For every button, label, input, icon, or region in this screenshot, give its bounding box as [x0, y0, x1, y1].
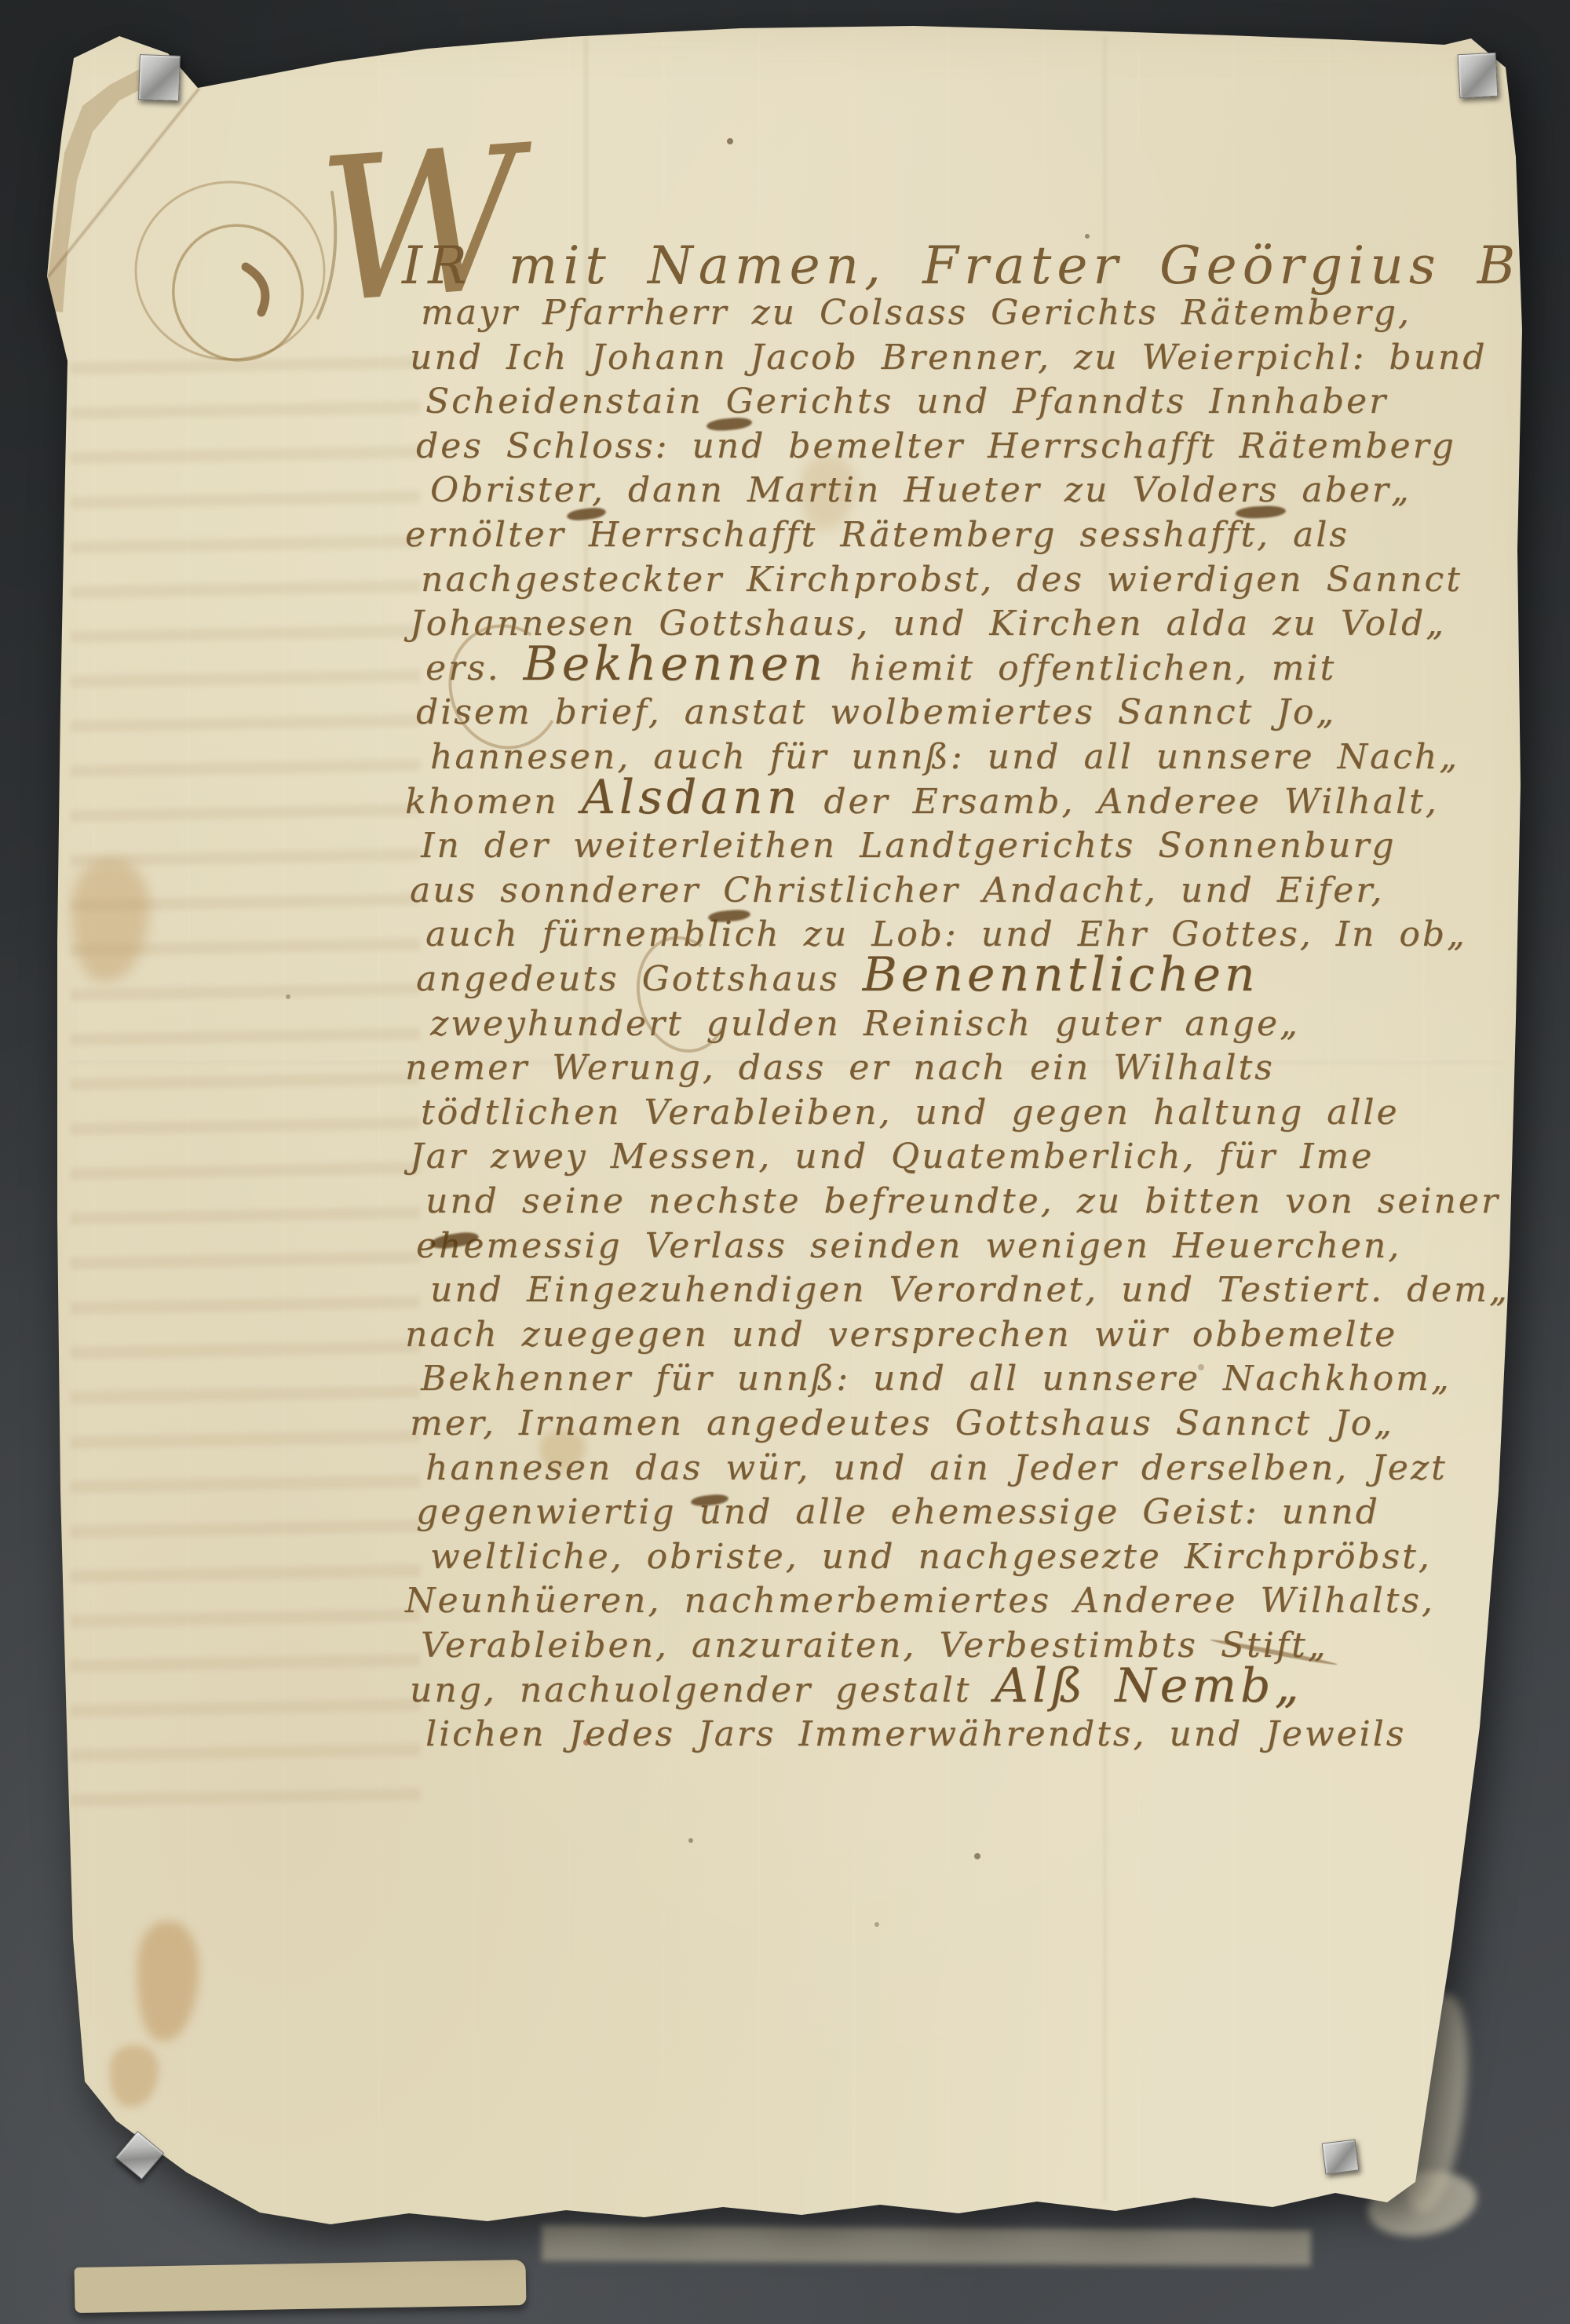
- ink-specks: [0, 0, 3, 3]
- paper-shadow: W IR mit Namen, Frater Geörgius Briel„ m…: [0, 0, 1570, 2324]
- photograph-of-manuscript: W IR mit Namen, Frater Geörgius Briel„ m…: [0, 0, 1570, 2324]
- line-text: lichen Jedes Jars Immerwährendts, und Je…: [425, 1714, 1406, 1754]
- metal-clip-bottom-right: [1322, 2140, 1360, 2175]
- metal-clip-top-right: [1458, 53, 1499, 98]
- manuscript-line: lichen Jedes Jars Immerwährendts, und Je…: [425, 1702, 1406, 1759]
- manuscript-page: W IR mit Namen, Frater Geörgius Briel„ m…: [0, 0, 1570, 2324]
- metal-clip-top-left: [138, 54, 181, 101]
- manuscript-text-block: mayr Pfarrherr zu Colsass Gerichts Rätem…: [0, 0, 1570, 2324]
